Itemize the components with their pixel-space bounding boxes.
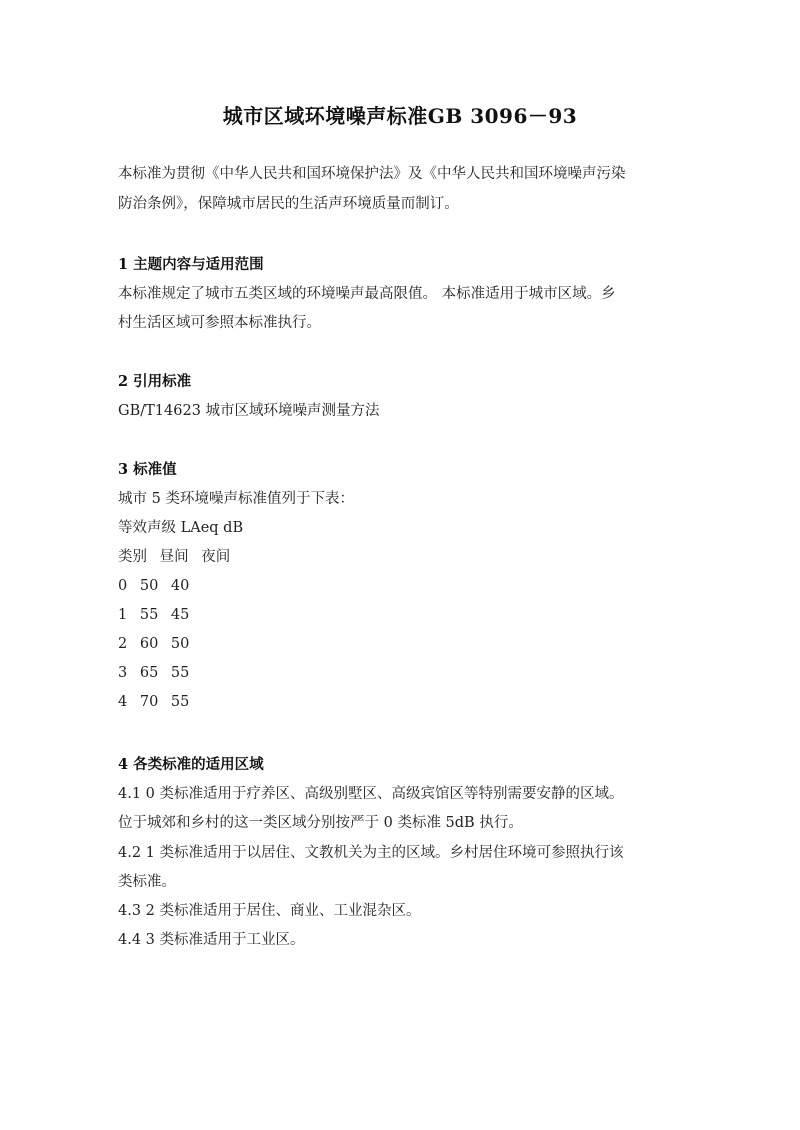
- section-3-heading: 3 标准值: [118, 460, 177, 480]
- section-1-line-1: 本标准规定了城市五类区域的环境噪声最高限值。 本标准适用于城市区域。乡: [118, 284, 616, 304]
- section-4-heading: 4 各类标准的适用区域: [118, 755, 264, 775]
- section-4-line-5: 4.3 2 类标准适用于居住、商业、工业混杂区。: [118, 901, 421, 921]
- section-4-line-2: 位于城郊和乡村的这一类区域分别按严于 0 类标准 5dB 执行。: [118, 813, 523, 833]
- table-cell-category: 1: [118, 607, 127, 623]
- section-4-line-1: 4.1 0 类标准适用于疗养区、高级别墅区、高级宾馆区等特别需要安静的区域。: [118, 784, 624, 804]
- table-header-night: 夜间: [201, 549, 230, 565]
- table-cell-day: 60: [140, 636, 158, 652]
- table-header-category: 类别: [118, 549, 147, 565]
- intro-line-1: 本标准为贯彻《中华人民共和国环境保护法》及《中华人民共和国环境噪声污染: [118, 164, 626, 184]
- table-cell-day: 50: [140, 578, 158, 594]
- table-row: 4 70 55: [118, 692, 197, 712]
- table-cell-night: 45: [171, 607, 189, 623]
- table-header-row: 类别 昼间 夜间: [118, 547, 238, 567]
- document-title: 城市区域环境噪声标准GB 3096－93: [0, 100, 800, 129]
- table-cell-night: 55: [171, 694, 189, 710]
- table-cell-night: 55: [171, 665, 189, 681]
- section-1-line-2: 村生活区域可参照本标准执行。: [118, 313, 321, 333]
- table-row: 3 65 55: [118, 663, 197, 683]
- section-2-line-1: GB/T14623 城市区域环境噪声测量方法: [118, 401, 380, 421]
- section-3-line-2: 等效声级 LAeq dB: [118, 518, 243, 538]
- section-2-heading: 2 引用标准: [118, 372, 191, 392]
- table-cell-night: 40: [171, 578, 189, 594]
- intro-line-2: 防治条例》，保障城市居民的生活声环境质量而制订。: [118, 194, 459, 214]
- table-cell-day: 70: [140, 694, 158, 710]
- table-cell-category: 3: [118, 665, 127, 681]
- section-4-line-4: 类标准。: [118, 872, 176, 892]
- table-cell-day: 55: [140, 607, 158, 623]
- section-3-line-1: 城市 5 类环境噪声标准值列于下表：: [118, 489, 354, 509]
- section-4-line-6: 4.4 3 类标准适用于工业区。: [118, 930, 305, 950]
- table-row: 2 60 50: [118, 634, 197, 654]
- table-header-day: 昼间: [160, 549, 189, 565]
- section-4-line-3: 4.2 1 类标准适用于以居住、文教机关为主的区域。乡村居住环境可参照执行该: [118, 843, 624, 863]
- table-row: 0 50 40: [118, 576, 197, 596]
- table-cell-day: 65: [140, 665, 158, 681]
- table-row: 1 55 45: [118, 605, 197, 625]
- table-cell-night: 50: [171, 636, 189, 652]
- table-cell-category: 2: [118, 636, 127, 652]
- document-page: 城市区域环境噪声标准GB 3096－93 本标准为贯彻《中华人民共和国环境保护法…: [0, 0, 800, 1130]
- table-cell-category: 0: [118, 578, 127, 594]
- section-1-heading: 1 主题内容与适用范围: [118, 255, 264, 275]
- table-cell-category: 4: [118, 694, 127, 710]
